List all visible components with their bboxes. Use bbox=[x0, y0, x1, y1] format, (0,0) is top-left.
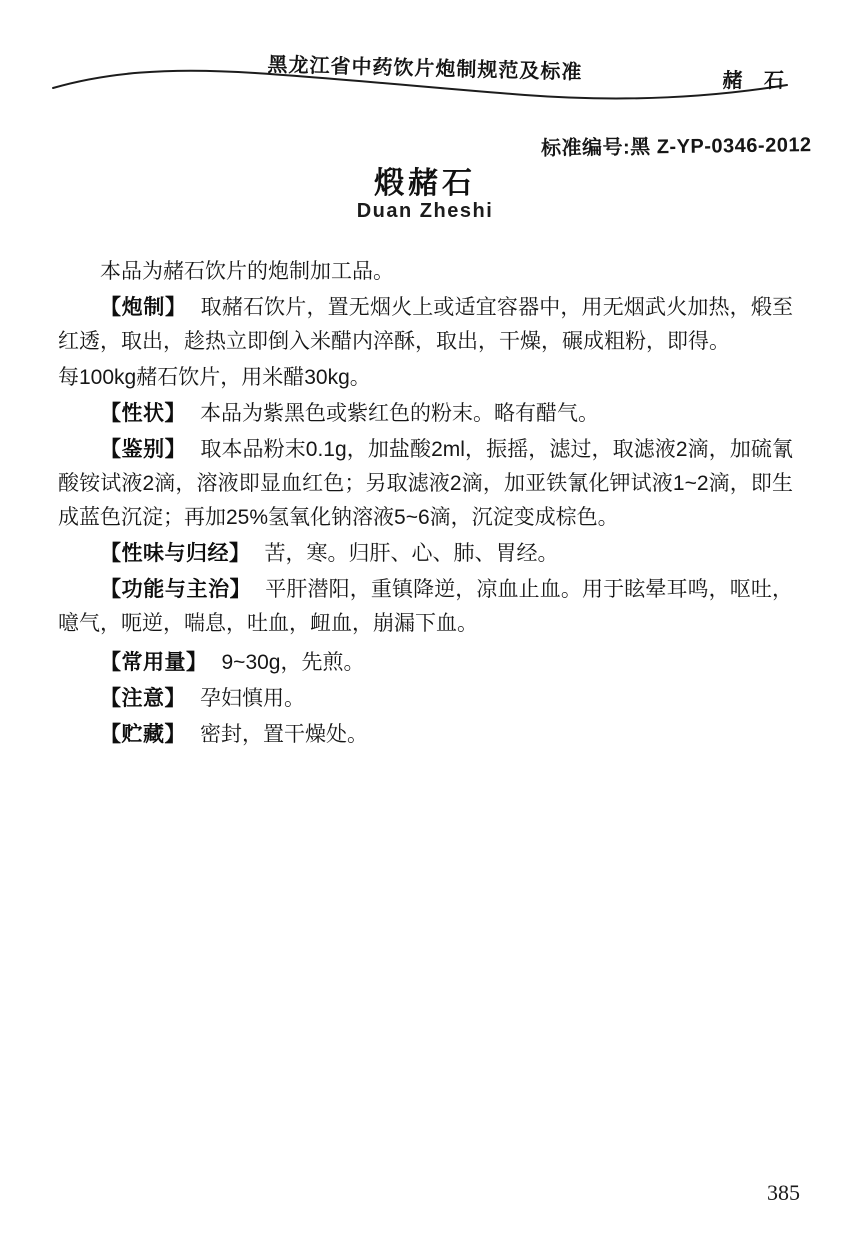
paragraph-text: 密封，置干燥处。 bbox=[200, 723, 368, 746]
section-label: 【注意】 bbox=[100, 687, 200, 710]
section-jianbie: 【鉴别】取本品粉末0.1g，加盐酸2ml，振摇，滤过，取滤液2滴，加硫氰酸铵试液… bbox=[58, 433, 793, 535]
section-xingzhuang: 【性状】本品为紫黑色或紫红色的粉末。略有醋气。 bbox=[58, 397, 793, 431]
section-label: 【鉴别】 bbox=[100, 438, 200, 461]
paragraph-text: 孕妇慎用。 bbox=[200, 687, 305, 710]
document-page: 黑龙江省中药饮片炮制规范及标准 赭 石 标准编号:黑 Z-YP-0346-201… bbox=[0, 0, 850, 1254]
section-changyongliang: 【常用量】9~30g，先煎。 bbox=[58, 646, 793, 680]
section-zhuyi: 【注意】孕妇慎用。 bbox=[58, 682, 793, 716]
section-zhucang: 【贮藏】密封，置干燥处。 bbox=[58, 718, 793, 752]
section-label: 【贮藏】 bbox=[100, 723, 200, 746]
section-xingwei-guijing: 【性味与归经】苦，寒。归肝、心、肺、胃经。 bbox=[58, 537, 793, 571]
paragraph-text: 本品为紫黑色或紫红色的粉末。略有醋气。 bbox=[200, 402, 599, 425]
section-gongneng-zhuzhi: 【功能与主治】平肝潜阳，重镇降逆，凉血止血。用于眩晕耳鸣，呕吐，噫气，呃逆，喘息… bbox=[58, 573, 793, 641]
section-label: 【炮制】 bbox=[100, 296, 201, 319]
paragraph-text: 每100kg赭石饮片，用米醋30kg。 bbox=[58, 366, 371, 389]
section-label: 【功能与主治】 bbox=[100, 578, 265, 601]
header-chapter-label: 赭 石 bbox=[722, 64, 792, 93]
section-label: 【常用量】 bbox=[100, 651, 222, 674]
paragraph-text: 苦，寒。归肝、心、肺、胃经。 bbox=[265, 542, 559, 565]
monograph-body: 本品为赭石饮片的炮制加工品。 【炮制】取赭石饮片，置无烟火上或适宜容器中，用无烟… bbox=[58, 255, 793, 754]
section-label: 【性状】 bbox=[100, 402, 200, 425]
paragraph-text: 9~30g，先煎。 bbox=[222, 651, 365, 674]
paragraph-text: 本品为赭石饮片的炮制加工品。 bbox=[100, 260, 394, 283]
section-paozhi-ratio: 每100kg赭石饮片，用米醋30kg。 bbox=[58, 361, 793, 395]
page-number: 385 bbox=[767, 1180, 800, 1206]
monograph-title: 煅赭石 bbox=[0, 158, 850, 202]
section-paozhi: 【炮制】取赭石饮片，置无烟火上或适宜容器中，用无烟武火加热，煅至红透，取出，趁热… bbox=[58, 291, 793, 359]
monograph-pinyin: Duan Zheshi bbox=[0, 200, 850, 223]
section-label: 【性味与归经】 bbox=[100, 542, 265, 565]
standard-number: 标准编号:黑 Z-YP-0346-2012 bbox=[541, 128, 812, 161]
intro-paragraph: 本品为赭石饮片的炮制加工品。 bbox=[58, 255, 793, 289]
